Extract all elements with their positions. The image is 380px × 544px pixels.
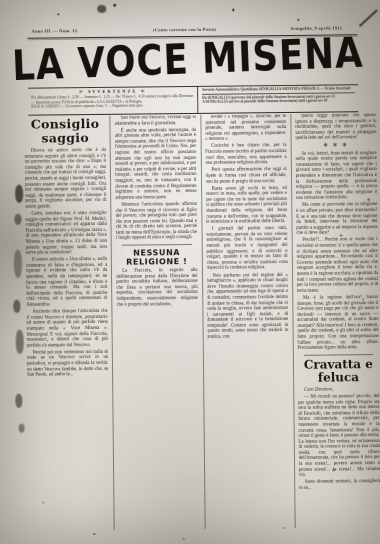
paragraph: Se voi, lettori, foste tentati di scegli… <box>295 151 377 202</box>
section-separator: ✻ ✻ ✻ <box>295 143 376 149</box>
letter-salutation: Caro Direttore, <box>298 387 379 393</box>
scan-artifact <box>97 5 106 13</box>
scan-artifact <box>16 330 24 354</box>
paragraph: Perché poi non vedremmo noi nulla di mal… <box>27 350 109 379</box>
postal-note: (Conto corrente con la Posta) <box>153 27 216 33</box>
scan-artifact <box>359 9 378 27</box>
transport-line: A SENIGALLIA (arrivo al piazzale della S… <box>202 98 355 104</box>
scan-speck <box>367 198 370 201</box>
paragraph: Perché?!... Perché non si vuole che i so… <box>296 238 378 295</box>
scan-speck <box>113 4 116 7</box>
paragraph: — Mi ricordi un postino? piccolo, del pe… <box>298 394 380 479</box>
paragraph: Mentisce l'articolista quando afferma ch… <box>116 202 198 242</box>
paragraph: Basta avere gli occhi in testa, ed esser… <box>206 186 288 226</box>
notices-strip: ☞ AVVERTENZE ☜ Per abbonamenti (Anno L. … <box>28 84 358 115</box>
scan-artifact <box>15 185 23 203</box>
scan-artifact <box>19 424 25 433</box>
paragraph: I giornali del partito sono tutti, notor… <box>206 226 288 272</box>
article-headline: Consiglio saggio <box>24 117 106 146</box>
paragraph: San Paolo ora Vescovo, vivesse oggi si a… <box>115 115 196 127</box>
notice-line: ESCE IL SABATO — Un numero separato Cent… <box>31 103 194 109</box>
column-3: levate i « torpagni », allorché, per le … <box>205 114 296 529</box>
scan-speck <box>183 538 185 540</box>
scan-speck <box>340 234 343 236</box>
column-1: Consiglio saggio Diceva un antico savio … <box>24 116 115 531</box>
letter-closing: Sono diventati ministri, la consiglierà … <box>299 479 380 491</box>
newspaper-page: Anno III. — Num. 12. (Conto corrente con… <box>0 0 380 544</box>
scan-artifact <box>13 300 20 313</box>
subscription-notices: ☞ AVVERTENZE ☜ Per abbonamenti (Anno L. … <box>28 87 198 115</box>
scan-artifact <box>14 214 21 225</box>
article-columns: Consiglio saggio Diceva un antico savio … <box>24 113 380 531</box>
paragraph: Cosicché è ben chiaro che, per la Fiacco… <box>205 143 286 166</box>
scanned-sheet: Anno III. — Num. 12. (Conto corrente con… <box>0 0 380 544</box>
paragraph: È anche una spudorata menzogna, da altri… <box>115 128 197 202</box>
paragraph: levate i « torpagni », allorché, per le … <box>205 114 287 143</box>
paragraph: Anzitutto dice dunque l'articolista che … <box>26 309 108 349</box>
scan-speck <box>57 13 59 15</box>
horizontal-rule <box>304 354 373 356</box>
paragraph: Il nostro articolo « Una sfratta », null… <box>26 257 108 308</box>
scan-speck <box>332 468 335 471</box>
scan-speck <box>232 9 234 12</box>
scan-speck <box>283 527 285 529</box>
issue-number: Anno III. — Num. 12. <box>31 28 78 33</box>
scan-speck <box>297 19 299 21</box>
scan-speck <box>42 502 44 504</box>
scan-artifact <box>15 394 22 408</box>
transport-schedule: Servizio Automobilistico Quotidiano SENI… <box>198 85 358 113</box>
scan-speck <box>362 298 364 300</box>
paragraph: Ma come si provvede che la religione è u… <box>296 202 378 236</box>
paragraph: Però questa affermazione che oggi si rip… <box>205 167 286 185</box>
paragraph: Diceva un antico savio che è da temerari… <box>25 148 107 210</box>
column-4: quella legge popolare che spesso ignora … <box>295 113 380 528</box>
article-headline-cravatta: Cravatta e feluca <box>298 358 380 385</box>
paragraph: La Fiaccola, in seguito alla deliberazio… <box>116 268 198 308</box>
column-2: San Paolo ora Vescovo, vivesse oggi si a… <box>115 115 206 530</box>
paragraph: Non parliamo poi del regime del « battag… <box>207 273 289 341</box>
scan-artifact <box>14 250 22 278</box>
paragraph: quella legge popolare che spesso ignora … <box>295 113 377 142</box>
horizontal-rule <box>122 244 191 246</box>
scan-speck <box>350 56 352 58</box>
article-subheadline: NESSUNA RELIGIONE ! <box>116 248 197 267</box>
paragraph: Certo, simolato noi, è stato consiglio s… <box>25 211 107 257</box>
paragraph: Ma è la ragione dell'ora? Sanno dunque, … <box>297 295 379 352</box>
scan-speck <box>93 533 96 535</box>
